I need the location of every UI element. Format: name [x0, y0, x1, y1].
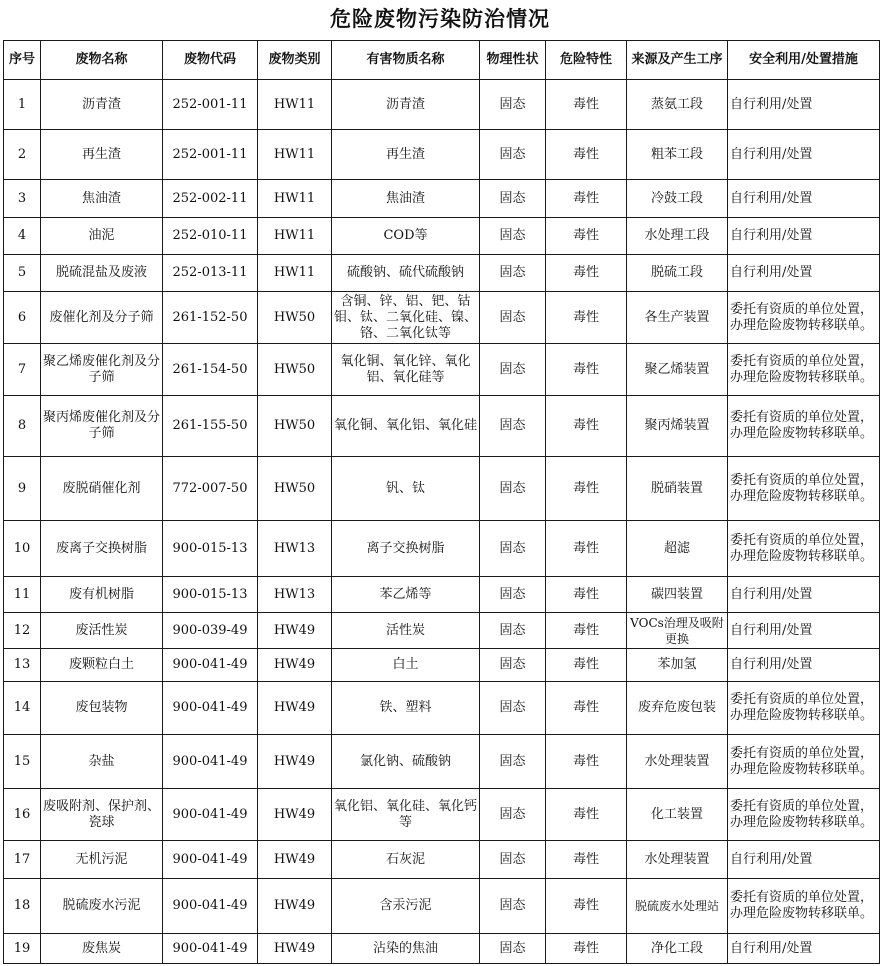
cell-waste-code: 252-010-11: [163, 218, 258, 255]
cell-disposal-measure: 自行利用/处置: [728, 841, 880, 879]
header-waste-category: 废物类别: [258, 41, 332, 80]
cell-physical-state: 固态: [480, 180, 546, 218]
cell-waste-category: HW49: [258, 841, 332, 879]
cell-hazardous-substance: 再生渣: [332, 130, 480, 180]
cell-source-process: 脱硫工段: [627, 255, 728, 292]
table-header-row: 序号 废物名称 废物代码 废物类别 有害物质名称 物理性状 危险特性 来源及产生…: [4, 41, 880, 80]
header-source-process: 来源及产生工序: [627, 41, 728, 80]
cell-waste-category: HW49: [258, 879, 332, 934]
cell-physical-state: 固态: [480, 521, 546, 577]
cell-waste-code: 772-007-50: [163, 457, 258, 521]
cell-waste-code: 900-015-13: [163, 521, 258, 577]
cell-no: 13: [4, 649, 41, 682]
cell-waste-code: 900-041-49: [163, 649, 258, 682]
cell-disposal-measure: 委托有资质的单位处置，办理危险废物转移联单。: [728, 396, 880, 457]
header-waste-name: 废物名称: [41, 41, 163, 80]
cell-waste-name: 油泥: [41, 218, 163, 255]
cell-source-process: 净化工段: [627, 934, 728, 964]
header-hazardous-substance: 有害物质名称: [332, 41, 480, 80]
cell-no: 3: [4, 180, 41, 218]
cell-waste-name: 脱硫混盐及废液: [41, 255, 163, 292]
cell-disposal-measure: 自行利用/处置: [728, 577, 880, 613]
cell-hazard-property: 毒性: [546, 255, 627, 292]
cell-hazardous-substance: 含铜、锌、铝、钯、钴钼、钛、二氧化硅、镍、铬、二氧化钛等: [332, 292, 480, 344]
cell-hazardous-substance: 沾染的焦油: [332, 934, 480, 964]
cell-hazard-property: 毒性: [546, 613, 627, 649]
cell-disposal-measure: 自行利用/处置: [728, 80, 880, 130]
cell-waste-name: 无机污泥: [41, 841, 163, 879]
header-no: 序号: [4, 41, 41, 80]
cell-physical-state: 固态: [480, 292, 546, 344]
cell-no: 11: [4, 577, 41, 613]
cell-waste-name: 废催化剂及分子筛: [41, 292, 163, 344]
cell-physical-state: 固态: [480, 789, 546, 841]
cell-hazard-property: 毒性: [546, 577, 627, 613]
cell-hazard-property: 毒性: [546, 80, 627, 130]
cell-waste-category: HW11: [258, 255, 332, 292]
cell-disposal-measure: 委托有资质的单位处置，办理危险废物转移联单。: [728, 789, 880, 841]
cell-hazardous-substance: 氯化钠、硫酸钠: [332, 735, 480, 789]
cell-waste-code: 261-154-50: [163, 344, 258, 396]
header-disposal-measure: 安全利用/处置措施: [728, 41, 880, 80]
cell-hazardous-substance: 石灰泥: [332, 841, 480, 879]
cell-waste-category: HW49: [258, 934, 332, 964]
cell-waste-code: 900-041-49: [163, 789, 258, 841]
header-waste-code: 废物代码: [163, 41, 258, 80]
cell-disposal-measure: 委托有资质的单位处置，办理危险废物转移联单。: [728, 344, 880, 396]
cell-hazard-property: 毒性: [546, 457, 627, 521]
cell-source-process: 脱硝装置: [627, 457, 728, 521]
cell-source-process: 苯加氢: [627, 649, 728, 682]
cell-waste-category: HW11: [258, 218, 332, 255]
cell-no: 9: [4, 457, 41, 521]
cell-no: 10: [4, 521, 41, 577]
cell-waste-name: 聚丙烯废催化剂及分子筛: [41, 396, 163, 457]
cell-hazard-property: 毒性: [546, 180, 627, 218]
cell-waste-category: HW50: [258, 457, 332, 521]
cell-disposal-measure: 委托有资质的单位处置，办理危险废物转移联单。: [728, 457, 880, 521]
cell-hazard-property: 毒性: [546, 130, 627, 180]
cell-source-process: 碳四装置: [627, 577, 728, 613]
cell-waste-code: 252-013-11: [163, 255, 258, 292]
cell-source-process: 脱硫废水处理站: [627, 879, 728, 934]
table-row: 6废催化剂及分子筛261-152-50HW50含铜、锌、铝、钯、钴钼、钛、二氧化…: [4, 292, 880, 344]
cell-waste-code: 252-001-11: [163, 80, 258, 130]
cell-physical-state: 固态: [480, 255, 546, 292]
cell-waste-code: 252-002-11: [163, 180, 258, 218]
cell-source-process: 水处理装置: [627, 841, 728, 879]
cell-waste-name: 废焦炭: [41, 934, 163, 964]
cell-no: 7: [4, 344, 41, 396]
cell-physical-state: 固态: [480, 396, 546, 457]
cell-physical-state: 固态: [480, 934, 546, 964]
cell-waste-code: 252-001-11: [163, 130, 258, 180]
cell-hazardous-substance: 铁、塑料: [332, 682, 480, 735]
cell-source-process: 水处理工段: [627, 218, 728, 255]
cell-hazardous-substance: 氧化铜、氧化铝、氧化硅: [332, 396, 480, 457]
cell-physical-state: 固态: [480, 218, 546, 255]
table-row: 1沥青渣252-001-11HW11沥青渣固态毒性蒸氨工段自行利用/处置: [4, 80, 880, 130]
cell-physical-state: 固态: [480, 457, 546, 521]
cell-hazard-property: 毒性: [546, 218, 627, 255]
cell-waste-category: HW49: [258, 613, 332, 649]
cell-waste-code: 261-152-50: [163, 292, 258, 344]
table-row: 9废脱硝催化剂772-007-50HW50钒、钛固态毒性脱硝装置委托有资质的单位…: [4, 457, 880, 521]
cell-hazard-property: 毒性: [546, 879, 627, 934]
table-row: 18脱硫废水污泥900-041-49HW49含汞污泥固态毒性脱硫废水处理站委托有…: [4, 879, 880, 934]
cell-disposal-measure: 自行利用/处置: [728, 649, 880, 682]
cell-physical-state: 固态: [480, 80, 546, 130]
cell-disposal-measure: 自行利用/处置: [728, 218, 880, 255]
cell-hazard-property: 毒性: [546, 841, 627, 879]
cell-hazardous-substance: 离子交换树脂: [332, 521, 480, 577]
cell-waste-name: 废脱硝催化剂: [41, 457, 163, 521]
cell-waste-category: HW11: [258, 80, 332, 130]
cell-source-process: VOCs治理及吸附更换: [627, 613, 728, 649]
table-row: 7聚乙烯废催化剂及分子筛261-154-50HW50氧化铜、氧化锌、氧化铝、氧化…: [4, 344, 880, 396]
cell-disposal-measure: 自行利用/处置: [728, 255, 880, 292]
cell-waste-category: HW50: [258, 396, 332, 457]
cell-disposal-measure: 委托有资质的单位处置，办理危险废物转移联单。: [728, 292, 880, 344]
table-row: 2再生渣252-001-11HW11再生渣固态毒性粗苯工段自行利用/处置: [4, 130, 880, 180]
cell-physical-state: 固态: [480, 577, 546, 613]
cell-hazard-property: 毒性: [546, 789, 627, 841]
cell-hazardous-substance: 含汞污泥: [332, 879, 480, 934]
cell-hazardous-substance: 焦油渣: [332, 180, 480, 218]
cell-source-process: 废弃危废包装: [627, 682, 728, 735]
cell-waste-name: 杂盐: [41, 735, 163, 789]
table-row: 5脱硫混盐及废液252-013-11HW11硫酸钠、硫代硫酸钠固态毒性脱硫工段自…: [4, 255, 880, 292]
cell-waste-category: HW49: [258, 682, 332, 735]
table-row: 15杂盐900-041-49HW49氯化钠、硫酸钠固态毒性水处理装置委托有资质的…: [4, 735, 880, 789]
table-row: 4油泥252-010-11HW11COD等固态毒性水处理工段自行利用/处置: [4, 218, 880, 255]
table-row: 3焦油渣252-002-11HW11焦油渣固态毒性冷鼓工段自行利用/处置: [4, 180, 880, 218]
cell-hazardous-substance: 氧化铜、氧化锌、氧化铝、氧化硅等: [332, 344, 480, 396]
cell-waste-category: HW49: [258, 735, 332, 789]
cell-waste-name: 废吸附剂、保护剂、瓷球: [41, 789, 163, 841]
cell-no: 1: [4, 80, 41, 130]
cell-source-process: 超滤: [627, 521, 728, 577]
cell-waste-category: HW13: [258, 577, 332, 613]
cell-no: 14: [4, 682, 41, 735]
cell-disposal-measure: 自行利用/处置: [728, 130, 880, 180]
cell-no: 18: [4, 879, 41, 934]
cell-source-process: 化工装置: [627, 789, 728, 841]
cell-source-process: 聚乙烯装置: [627, 344, 728, 396]
cell-waste-name: 废活性炭: [41, 613, 163, 649]
cell-disposal-measure: 委托有资质的单位处置，办理危险废物转移联单。: [728, 521, 880, 577]
cell-source-process: 聚丙烯装置: [627, 396, 728, 457]
cell-hazardous-substance: COD等: [332, 218, 480, 255]
cell-waste-code: 900-041-49: [163, 735, 258, 789]
cell-source-process: 各生产装置: [627, 292, 728, 344]
cell-physical-state: 固态: [480, 613, 546, 649]
header-physical-state: 物理性状: [480, 41, 546, 80]
cell-hazard-property: 毒性: [546, 292, 627, 344]
cell-waste-category: HW13: [258, 521, 332, 577]
cell-physical-state: 固态: [480, 879, 546, 934]
cell-waste-code: 900-041-49: [163, 879, 258, 934]
header-hazard-property: 危险特性: [546, 41, 627, 80]
cell-disposal-measure: 自行利用/处置: [728, 613, 880, 649]
cell-no: 8: [4, 396, 41, 457]
cell-hazardous-substance: 苯乙烯等: [332, 577, 480, 613]
cell-disposal-measure: 委托有资质的单位处置，办理危险废物转移联单。: [728, 879, 880, 934]
cell-source-process: 冷鼓工段: [627, 180, 728, 218]
cell-waste-name: 沥青渣: [41, 80, 163, 130]
table-row: 12废活性炭900-039-49HW49活性炭固态毒性VOCs治理及吸附更换自行…: [4, 613, 880, 649]
cell-waste-category: HW49: [258, 789, 332, 841]
cell-physical-state: 固态: [480, 841, 546, 879]
cell-no: 5: [4, 255, 41, 292]
cell-physical-state: 固态: [480, 735, 546, 789]
table-row: 8聚丙烯废催化剂及分子筛261-155-50HW50氧化铜、氧化铝、氧化硅固态毒…: [4, 396, 880, 457]
cell-waste-name: 再生渣: [41, 130, 163, 180]
cell-waste-category: HW50: [258, 292, 332, 344]
cell-waste-code: 900-041-49: [163, 682, 258, 735]
cell-hazardous-substance: 白土: [332, 649, 480, 682]
cell-waste-name: 焦油渣: [41, 180, 163, 218]
cell-no: 6: [4, 292, 41, 344]
cell-waste-name: 废颗粒白土: [41, 649, 163, 682]
table-row: 14废包装物900-041-49HW49铁、塑料固态毒性废弃危废包装委托有资质的…: [4, 682, 880, 735]
cell-waste-name: 废有机树脂: [41, 577, 163, 613]
cell-no: 2: [4, 130, 41, 180]
cell-waste-name: 脱硫废水污泥: [41, 879, 163, 934]
table-row: 10废离子交换树脂900-015-13HW13离子交换树脂固态毒性超滤委托有资质…: [4, 521, 880, 577]
cell-waste-code: 900-015-13: [163, 577, 258, 613]
cell-hazard-property: 毒性: [546, 735, 627, 789]
table-row: 13废颗粒白土900-041-49HW49白土固态毒性苯加氢自行利用/处置: [4, 649, 880, 682]
cell-hazardous-substance: 沥青渣: [332, 80, 480, 130]
cell-physical-state: 固态: [480, 130, 546, 180]
cell-hazard-property: 毒性: [546, 934, 627, 964]
cell-waste-name: 聚乙烯废催化剂及分子筛: [41, 344, 163, 396]
table-row: 11废有机树脂900-015-13HW13苯乙烯等固态毒性碳四装置自行利用/处置: [4, 577, 880, 613]
cell-no: 4: [4, 218, 41, 255]
table-row: 17无机污泥900-041-49HW49石灰泥固态毒性水处理装置自行利用/处置: [4, 841, 880, 879]
cell-physical-state: 固态: [480, 344, 546, 396]
cell-waste-code: 261-155-50: [163, 396, 258, 457]
cell-hazard-property: 毒性: [546, 682, 627, 735]
cell-source-process: 蒸氨工段: [627, 80, 728, 130]
cell-hazardous-substance: 氧化铝、氧化硅、氧化钙等: [332, 789, 480, 841]
cell-waste-code: 900-039-49: [163, 613, 258, 649]
cell-hazardous-substance: 硫酸钠、硫代硫酸钠: [332, 255, 480, 292]
cell-hazardous-substance: 钒、钛: [332, 457, 480, 521]
table-row: 16废吸附剂、保护剂、瓷球900-041-49HW49氧化铝、氧化硅、氧化钙等固…: [4, 789, 880, 841]
cell-no: 17: [4, 841, 41, 879]
cell-hazard-property: 毒性: [546, 344, 627, 396]
cell-no: 15: [4, 735, 41, 789]
cell-hazard-property: 毒性: [546, 396, 627, 457]
cell-disposal-measure: 委托有资质的单位处置，办理危险废物转移联单。: [728, 682, 880, 735]
cell-physical-state: 固态: [480, 682, 546, 735]
cell-waste-category: HW11: [258, 130, 332, 180]
cell-waste-category: HW50: [258, 344, 332, 396]
cell-source-process: 水处理装置: [627, 735, 728, 789]
cell-waste-category: HW49: [258, 649, 332, 682]
cell-hazardous-substance: 活性炭: [332, 613, 480, 649]
cell-waste-name: 废包装物: [41, 682, 163, 735]
cell-hazard-property: 毒性: [546, 649, 627, 682]
cell-disposal-measure: 自行利用/处置: [728, 934, 880, 964]
cell-waste-name: 废离子交换树脂: [41, 521, 163, 577]
hazardous-waste-table: 序号 废物名称 废物代码 废物类别 有害物质名称 物理性状 危险特性 来源及产生…: [3, 40, 880, 964]
cell-disposal-measure: 自行利用/处置: [728, 180, 880, 218]
cell-no: 16: [4, 789, 41, 841]
cell-disposal-measure: 委托有资质的单位处置，办理危险废物转移联单。: [728, 735, 880, 789]
cell-waste-code: 900-041-49: [163, 934, 258, 964]
cell-no: 12: [4, 613, 41, 649]
cell-source-process: 粗苯工段: [627, 130, 728, 180]
cell-waste-code: 900-041-49: [163, 841, 258, 879]
table-row: 19废焦炭900-041-49HW49沾染的焦油固态毒性净化工段自行利用/处置: [4, 934, 880, 964]
cell-no: 19: [4, 934, 41, 964]
cell-physical-state: 固态: [480, 649, 546, 682]
cell-waste-category: HW11: [258, 180, 332, 218]
cell-hazard-property: 毒性: [546, 521, 627, 577]
page-title: 危险废物污染防治情况: [0, 4, 880, 34]
